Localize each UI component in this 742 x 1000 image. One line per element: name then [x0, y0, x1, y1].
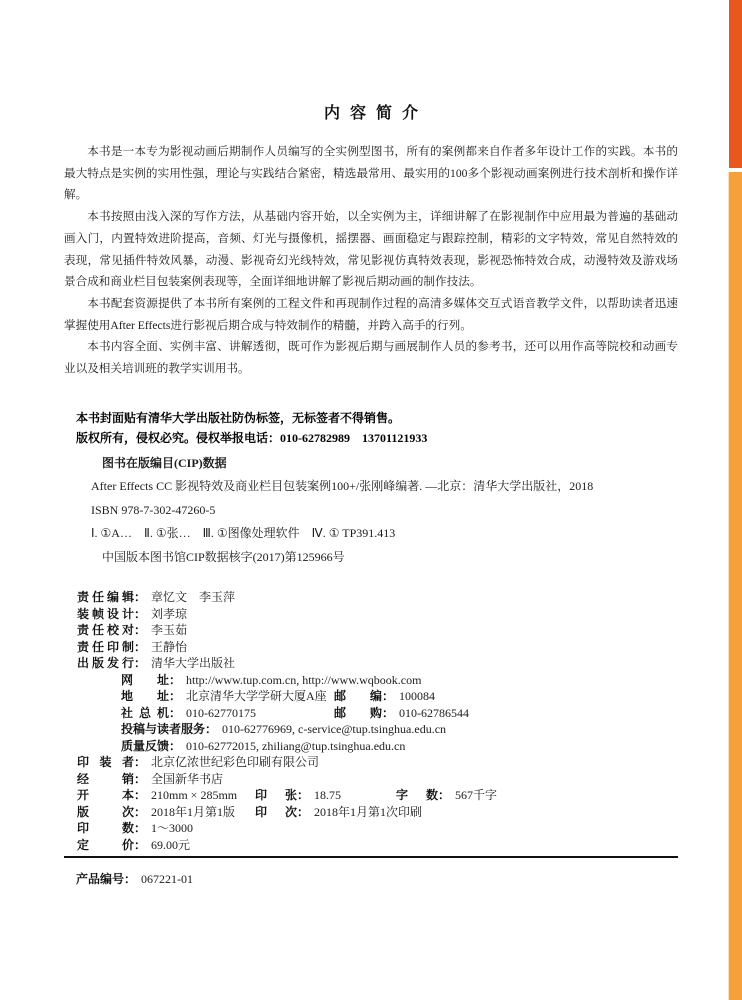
product-number-label: 产品编号 — [76, 872, 124, 886]
cip-classification: Ⅰ. ①A… Ⅱ. ①张… Ⅲ. ①图像处理软件 Ⅳ. ① TP391.413 — [91, 522, 678, 546]
staff-row-designer: 装帧设计：刘孝琼 — [77, 606, 678, 623]
publisher-row-reader-service: 投稿与读者服务：010-62776969, c-service@tup.tsin… — [121, 721, 678, 738]
label-colon: ： — [297, 788, 309, 802]
label-colon: ： — [134, 590, 146, 604]
isbn-line: ISBN 978-7-302-47260-5 — [91, 499, 678, 523]
row-value: 1～3000 — [151, 821, 193, 835]
row-label: 责任印制 — [77, 639, 134, 656]
publication-info: 责任编辑：章忆文 李玉萍 装帧设计：刘孝琼 责任校对：李玉茹 责任印制：王静怡 … — [64, 589, 678, 853]
row-value: 全国新华书店 — [151, 772, 223, 786]
label-colon: ： — [134, 755, 146, 769]
label-colon: ： — [169, 706, 181, 720]
row-value: 刘孝琼 — [151, 607, 187, 621]
label-colon: ： — [169, 739, 181, 753]
production-row-printer: 印装者：北京亿浓世纪彩色印刷有限公司 — [77, 754, 678, 771]
label-colon: ： — [169, 689, 181, 703]
production-row-distributor: 经销：全国新华书店 — [77, 771, 678, 788]
anti-piracy-notice: 本书封面贴有清华大学出版社防伪标签，无标签者不得销售。 — [76, 408, 678, 429]
label-colon: ： — [297, 805, 309, 819]
row-label: 印数 — [77, 820, 134, 837]
row-value: 69.00元 — [151, 838, 190, 852]
row-value: 567千字 — [455, 788, 497, 802]
cip-block: 图书在版编目(CIP)数据 After Effects CC 影视特效及商业栏目… — [64, 452, 678, 570]
row-label: 经销 — [77, 771, 134, 788]
staff-row-print-supervisor: 责任印制：王静怡 — [77, 639, 678, 656]
label-colon: ： — [134, 788, 146, 802]
accent-bar-top — [729, 0, 742, 168]
label-colon: ： — [134, 821, 146, 835]
row-value: 2018年1月第1次印刷 — [314, 805, 422, 819]
production-row-edition: 版次：2018年1月第1版 印次：2018年1月第1次印刷 — [77, 804, 678, 821]
row-label: 开本 — [77, 787, 134, 804]
production-row-print-count: 印数：1～3000 — [77, 820, 678, 837]
label-colon: ： — [134, 623, 146, 637]
row-value: 北京亿浓世纪彩色印刷有限公司 — [151, 755, 319, 769]
staff-row-proofreader: 责任校对：李玉茹 — [77, 622, 678, 639]
label-colon: ： — [438, 788, 450, 802]
label-colon: ： — [134, 805, 146, 819]
product-number-value: 067221-01 — [141, 872, 193, 886]
print-run-date-group: 印次：2018年1月第1次印刷 — [255, 804, 422, 821]
row-label: 质量反馈 — [121, 739, 169, 753]
label-colon: ： — [382, 706, 394, 720]
accent-bar-bottom — [728, 172, 742, 1000]
row-value: 李玉茹 — [151, 623, 187, 637]
production-row-price: 定价：69.00元 — [77, 837, 678, 854]
row-label: 印张 — [255, 787, 297, 804]
label-colon: ： — [134, 838, 146, 852]
product-number-row: 产品编号：067221-01 — [76, 871, 678, 888]
label-colon: ： — [134, 772, 146, 786]
production-row-format: 开本：210mm × 285mm 印张：18.75 字数：567千字 — [77, 787, 678, 804]
notice-block: 本书封面贴有清华大学出版社防伪标签，无标签者不得销售。 版权所有，侵权必究。侵权… — [76, 408, 678, 449]
publisher-row-website: 网址：http://www.tup.com.cn, http://www.wqb… — [121, 672, 678, 689]
row-label: 印次 — [255, 804, 297, 821]
cip-record-number: 中国版本图书馆CIP数据核字(2017)第125966号 — [102, 546, 678, 570]
row-value: 章忆文 李玉萍 — [151, 590, 235, 604]
row-value: 100084 — [399, 689, 435, 703]
zip-code-group: 邮编：100084 — [334, 688, 435, 705]
section-title: 内容简介 — [64, 0, 678, 125]
row-value: 010-62770175 — [186, 706, 256, 720]
row-label: 邮购 — [334, 705, 382, 722]
word-count-group: 字数：567千字 — [396, 787, 497, 804]
printed-sheets-group: 印张：18.75 — [255, 787, 341, 804]
row-value: http://www.tup.com.cn, http://www.wqbook… — [186, 673, 421, 687]
content-column: 内容简介 本书是一本专为影视动画后期制作人员编写的全实例型图书，所有的案例都来自… — [64, 0, 678, 888]
row-label: 网址 — [121, 672, 169, 689]
row-value: 18.75 — [314, 788, 341, 802]
divider-line — [64, 856, 678, 858]
row-label: 装帧设计 — [77, 606, 134, 623]
row-label: 印装者 — [77, 754, 134, 771]
row-value: 010-62786544 — [399, 706, 469, 720]
row-value: 清华大学出版社 — [151, 656, 235, 670]
row-value: 010-62772015, zhiliang@tup.tsinghua.edu.… — [186, 739, 405, 753]
mail-order-group: 邮购：010-62786544 — [334, 705, 469, 722]
row-value: 北京清华大学学研大厦A座 — [186, 689, 327, 703]
row-label: 社总机 — [121, 705, 169, 722]
staff-row-editor: 责任编辑：章忆文 李玉萍 — [77, 589, 678, 606]
publisher-row-address: 地址：北京清华大学学研大厦A座 邮编：100084 — [121, 688, 678, 705]
row-label: 出版发行 — [77, 655, 134, 672]
intro-block: 本书是一本专为影视动画后期制作人员编写的全实例型图书，所有的案例都来自作者多年设… — [64, 141, 678, 380]
row-value: 2018年1月第1版 — [151, 805, 235, 819]
row-label: 责任校对 — [77, 622, 134, 639]
row-label: 定价 — [77, 837, 134, 854]
row-value: 210mm × 285mm — [151, 788, 237, 802]
label-colon: ： — [134, 656, 146, 670]
label-colon: ： — [134, 640, 146, 654]
intro-paragraph: 本书是一本专为影视动画后期制作人员编写的全实例型图书，所有的案例都来自作者多年设… — [64, 141, 678, 206]
row-label: 版次 — [77, 804, 134, 821]
row-value: 010-62776969, c-service@tup.tsinghua.edu… — [222, 722, 446, 736]
copyright-notice: 版权所有，侵权必究。侵权举报电话：010-62782989 1370112193… — [76, 428, 678, 449]
cip-heading: 图书在版编目(CIP)数据 — [102, 452, 678, 476]
row-label: 字数 — [396, 787, 438, 804]
row-value: 王静怡 — [151, 640, 187, 654]
intro-paragraph: 本书按照由浅入深的写作方法，从基础内容开始，以全实例为主，详细讲解了在影视制作中… — [64, 206, 678, 293]
label-colon: ： — [134, 607, 146, 621]
label-colon: ： — [205, 722, 217, 736]
staff-row-publisher: 出版发行：清华大学出版社 — [77, 655, 678, 672]
row-label: 投稿与读者服务 — [121, 722, 205, 736]
label-colon: ： — [124, 872, 136, 886]
cip-description: After Effects CC 影视特效及商业栏目包装案例100+/张刚峰编著… — [91, 475, 678, 499]
intro-paragraph: 本书内容全面、实例丰富、讲解透彻，既可作为影视后期与画展制作人员的参考书，还可以… — [64, 336, 678, 379]
row-label: 地址 — [121, 688, 169, 705]
label-colon: ： — [169, 673, 181, 687]
row-label: 邮编 — [334, 688, 382, 705]
publisher-row-switchboard: 社总机：010-62770175 邮购：010-62786544 — [121, 705, 678, 722]
row-label: 责任编辑 — [77, 589, 134, 606]
page: 内容简介 本书是一本专为影视动画后期制作人员编写的全实例型图书，所有的案例都来自… — [0, 0, 742, 1000]
intro-paragraph: 本书配套资源提供了本书所有案例的工程文件和再现制作过程的高清多媒体交互式语音教学… — [64, 293, 678, 336]
publisher-row-quality-feedback: 质量反馈：010-62772015, zhiliang@tup.tsinghua… — [121, 738, 678, 755]
label-colon: ： — [382, 689, 394, 703]
